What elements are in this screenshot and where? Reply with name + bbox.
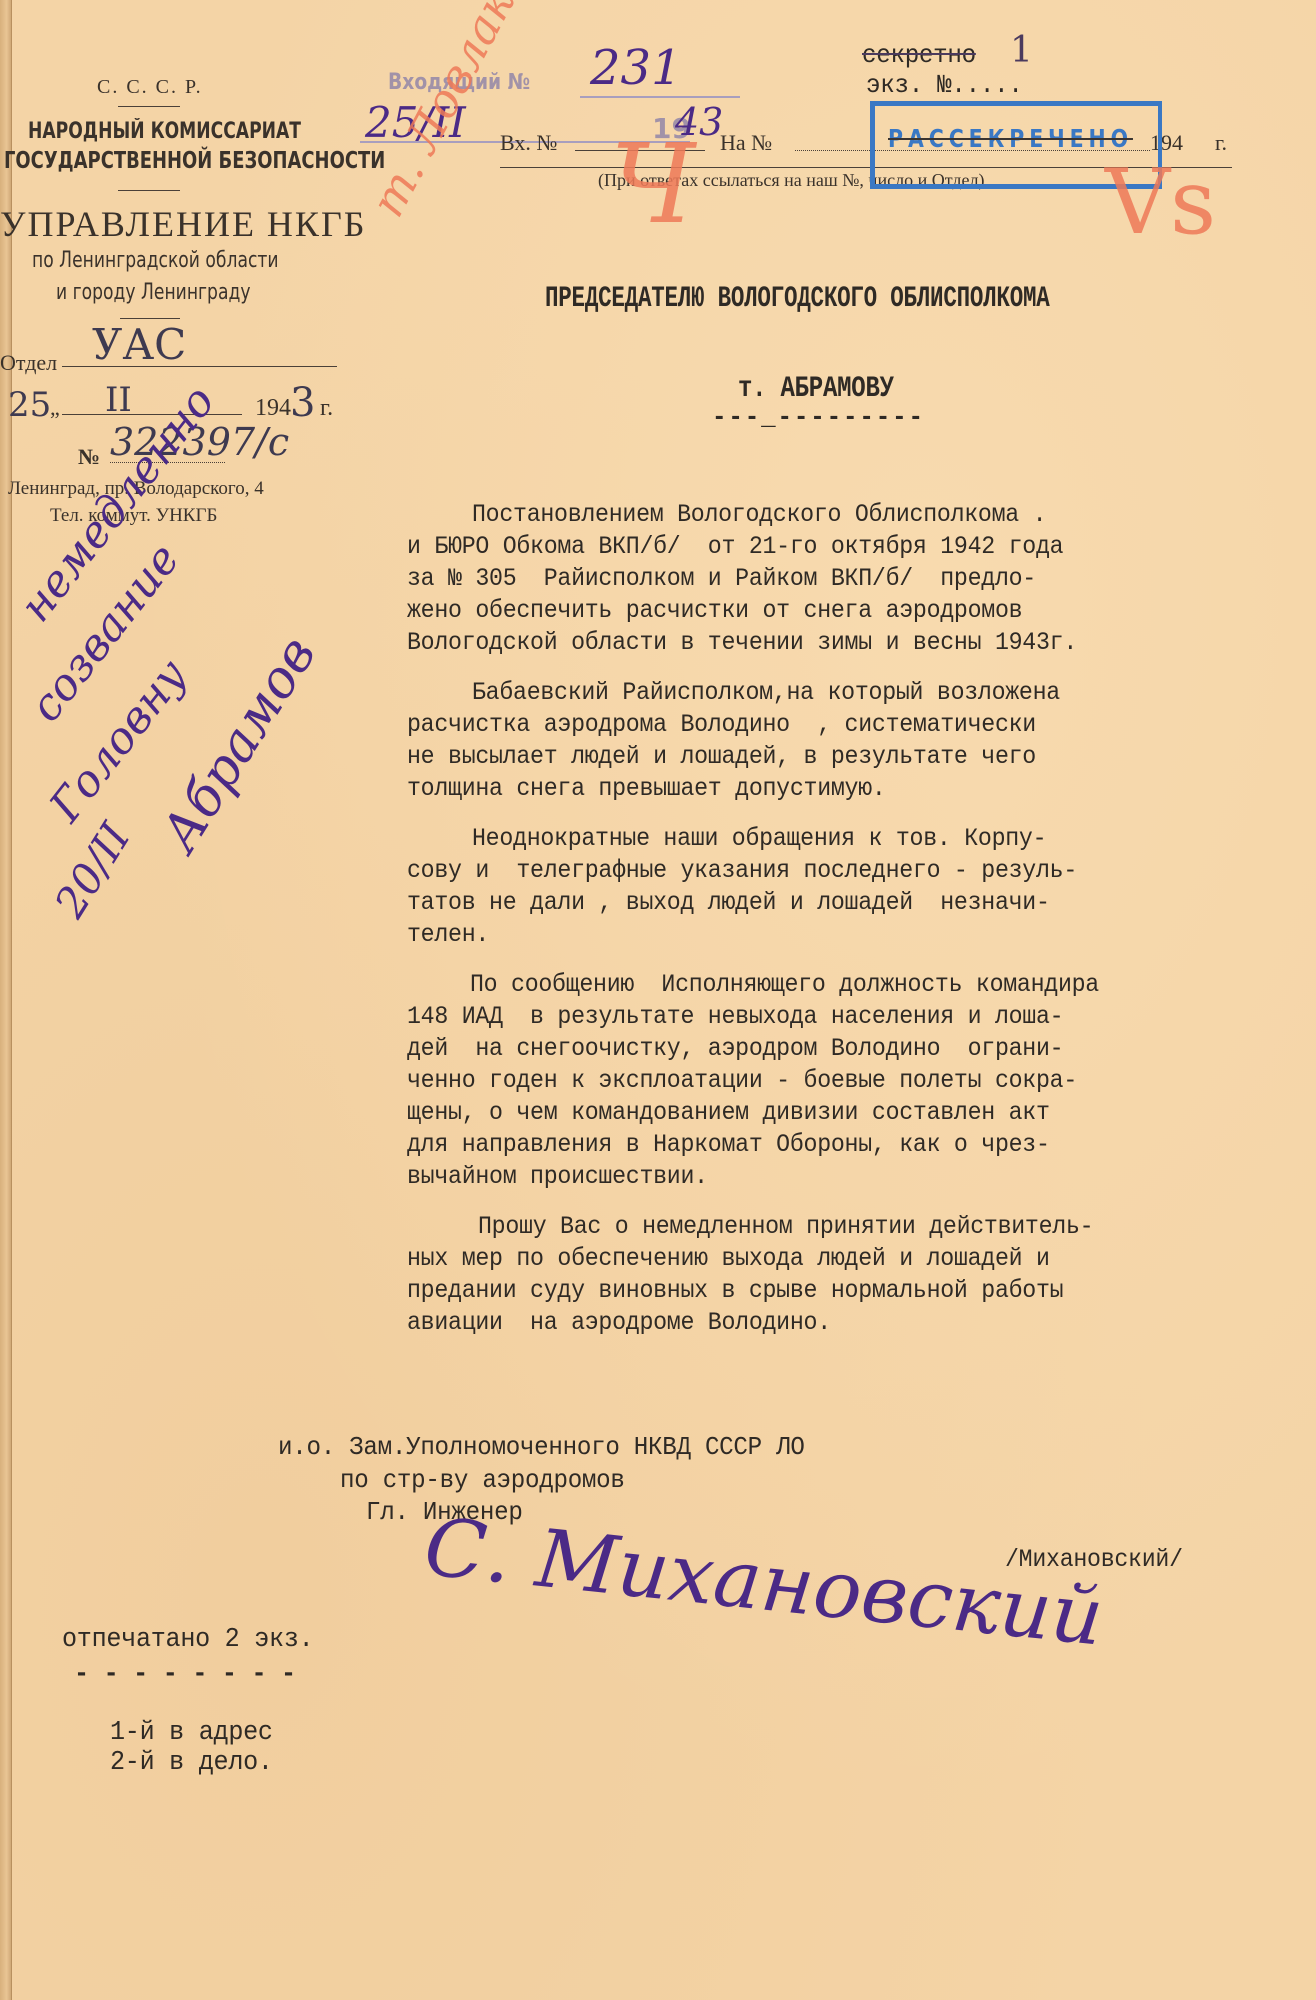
copy-number-handwritten: 1 (1010, 30, 1033, 71)
addressee-line1: ПРЕДСЕДАТЕЛЮ ВОЛОГОДСКОГО ОБЛИСПОЛКОМА (545, 282, 1050, 316)
body-line: Постановлением Вологодского Облисполкома… (472, 500, 1046, 529)
handwritten-signature: С. Михановский (420, 1500, 1107, 1664)
letterhead-region-line2: и городу Ленинграду (56, 280, 250, 305)
body-line: вычайном происшествии. (407, 1162, 708, 1191)
letterhead-divider (118, 190, 180, 191)
date-day-handwritten: 25 (8, 385, 51, 425)
date-year-unit: г. (320, 395, 333, 422)
footer-separator: - - - - - - - - (74, 1660, 296, 1690)
red-pencil-mark-right: Vs (1105, 150, 1216, 255)
body-line: ных мер по обеспечению выхода людей и ло… (407, 1244, 1050, 1273)
section-label: Отдел (0, 350, 57, 376)
body-line: не высылает людей и лошадей, в результат… (407, 742, 1036, 771)
printed-copies: отпечатано 2 экз. (62, 1625, 313, 1655)
body-line: татов не дали , выход людей и лошадей не… (407, 888, 1050, 917)
body-line: для направления в Наркомат Обороны, как … (407, 1130, 1050, 1159)
letterhead-department: УПРАВЛЕНИЕ НКГБ (0, 203, 366, 245)
distribution-copy2: 2-й в дело. (110, 1748, 273, 1778)
body-line: толщина снега превышает допустимую. (407, 774, 886, 803)
date-year-suffix-handwritten: 3 (290, 380, 315, 426)
signatory-title-line1: и.о. Зам.Уполномоченного НКВД СССР ЛО (278, 1432, 805, 1462)
body-line: и БЮРО Обкома ВКП/б/ от 21-го октября 19… (407, 532, 1063, 561)
body-line: предании суду виновных в срыве нормально… (407, 1276, 1063, 1305)
letterhead-divider (120, 318, 180, 319)
addressee-line2: т. АБРАМОВУ (738, 372, 894, 406)
vx-number-label: Вх. № (500, 130, 557, 156)
number-label: № (78, 444, 100, 470)
section-underline (62, 366, 337, 367)
letterhead-region-line1: по Ленинградской области (32, 248, 279, 273)
body-line: 148 ИАД в результате невыхода населения … (407, 1002, 1063, 1031)
secret-label: секретно (862, 40, 976, 70)
addressee-underline: ---_--------- (712, 402, 925, 432)
letterhead-divider (118, 106, 180, 107)
body-line: Неоднократные наши обращения к тов. Корп… (472, 824, 1046, 853)
declassified-stamp-label: РАССЕКРЕЧЕНО (888, 124, 1133, 153)
body-line: Бабаевский Райисполком,на который возлож… (472, 678, 1060, 707)
incoming-number-handwritten: 231 (590, 40, 682, 96)
body-line: сову и телеграфные указания последнего -… (407, 856, 1077, 885)
margin-signature: Абрамов (150, 626, 328, 861)
signatory-name: /Михановский/ (1005, 1545, 1183, 1574)
na-number-label: На № (720, 130, 772, 156)
letterhead-ministry-line2: ГОСУДАРСТВЕННОЙ БЕЗОПАСНОСТИ (4, 148, 385, 174)
binding-edge (0, 0, 12, 2000)
body-line: Вологодской области в течении зимы и вес… (407, 628, 1077, 657)
letterhead-ministry-line1: НАРОДНЫЙ КОМИССАРИАТ (28, 119, 301, 144)
body-line: Прошу Вас о немедленном принятии действи… (478, 1212, 1093, 1241)
letterhead-country: С. С. С. Р. (97, 76, 203, 99)
body-line: авиации на аэродроме Володино. (407, 1308, 831, 1337)
red-pencil-mark: Ч (610, 120, 695, 248)
body-line: за № 305 Райисполком и Райком ВКП/б/ пре… (407, 564, 1036, 593)
secret-label-text: секретно (862, 40, 976, 70)
declassified-stamp-text: РАССЕКРЕЧЕНО (888, 124, 1133, 153)
body-line: дей на снегоочистку, аэродром Володино о… (407, 1034, 1063, 1063)
copy-label: экз. №..... (866, 70, 1023, 100)
body-line: жено обеспечить расчистки от снега аэрод… (407, 596, 1022, 625)
date-quote-mark: „ (50, 395, 60, 421)
document-page: С. С. С. Р. НАРОДНЫЙ КОМИССАРИАТ ГОСУДАР… (0, 0, 1316, 2000)
body-line: По сообщению Исполняющего должность кома… (470, 970, 1099, 999)
date-year-prefix: 194 (255, 395, 291, 422)
body-line: щены, о чем командованием дивизии состав… (407, 1098, 1050, 1127)
year-field-unit: г. (1215, 130, 1227, 156)
incoming-number-underline (580, 96, 740, 98)
margin-note-date: 20/II (45, 815, 140, 926)
body-line: ченно годен к эксплоатации - боевые поле… (407, 1066, 1077, 1095)
distribution-copy1: 1-й в адрес (110, 1718, 273, 1748)
body-line: телен. (407, 920, 489, 949)
signatory-title-line2: по стр-ву аэродромов (340, 1465, 625, 1495)
section-value-handwritten: УАС (92, 320, 186, 369)
body-line: расчистка аэродрома Володино , системати… (407, 710, 1036, 739)
